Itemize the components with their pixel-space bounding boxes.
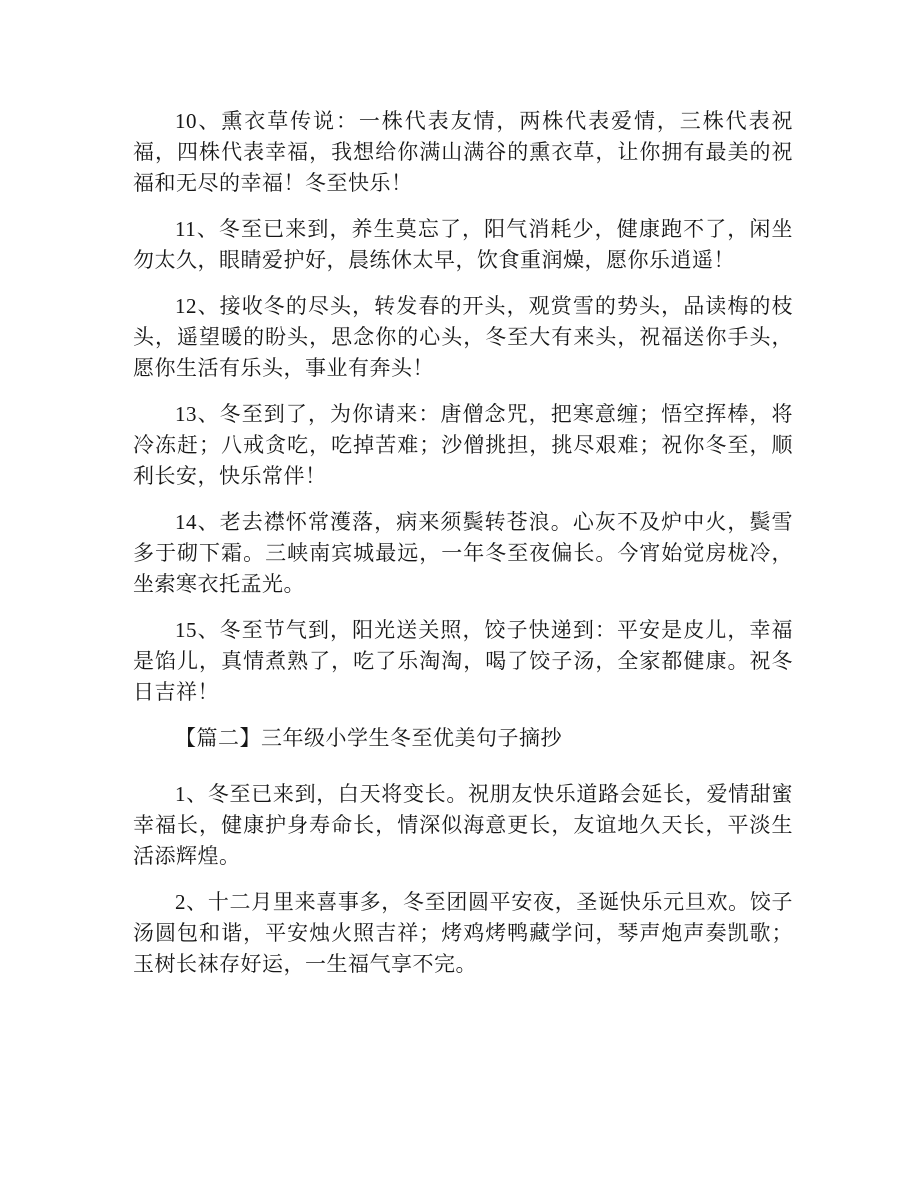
- paragraph-11: 11、冬至已来到，养生莫忘了，阳气消耗少，健康跑不了，闲坐勿太久，眼睛爱护好，晨…: [133, 214, 793, 276]
- paragraph-2: 2、十二月里来喜事多，冬至团圆平安夜，圣诞快乐元旦欢。饺子汤圆包和谐，平安烛火照…: [133, 887, 793, 980]
- paragraph-12: 12、接收冬的尽头，转发春的开头，观赏雪的势头，品读梅的枝头，遥望暖的盼头，思念…: [133, 291, 793, 384]
- paragraph-15: 15、冬至节气到，阳光送关照，饺子快递到：平安是皮儿，幸福是馅儿，真情煮熟了，吃…: [133, 615, 793, 708]
- paragraph-13: 13、冬至到了，为你请来：唐僧念咒，把寒意缠；悟空挥棒，将冷冻赶；八戒贪吃，吃掉…: [133, 399, 793, 492]
- paragraph-14: 14、老去襟怀常濩落，病来须鬓转苍浪。心灰不及炉中火，鬓雪多于砌下霜。三峡南宾城…: [133, 507, 793, 600]
- section-heading-pian-2: 【篇二】三年级小学生冬至优美句子摘抄: [133, 723, 793, 754]
- document-page: 10、熏衣草传说：一株代表友情，两株代表爱情，三株代表祝福，四株代表幸福，我想给…: [0, 0, 920, 1191]
- paragraph-1: 1、冬至已来到，白天将变长。祝朋友快乐道路会延长，爱情甜蜜幸福长，健康护身寿命长…: [133, 779, 793, 872]
- paragraph-10: 10、熏衣草传说：一株代表友情，两株代表爱情，三株代表祝福，四株代表幸福，我想给…: [133, 106, 793, 199]
